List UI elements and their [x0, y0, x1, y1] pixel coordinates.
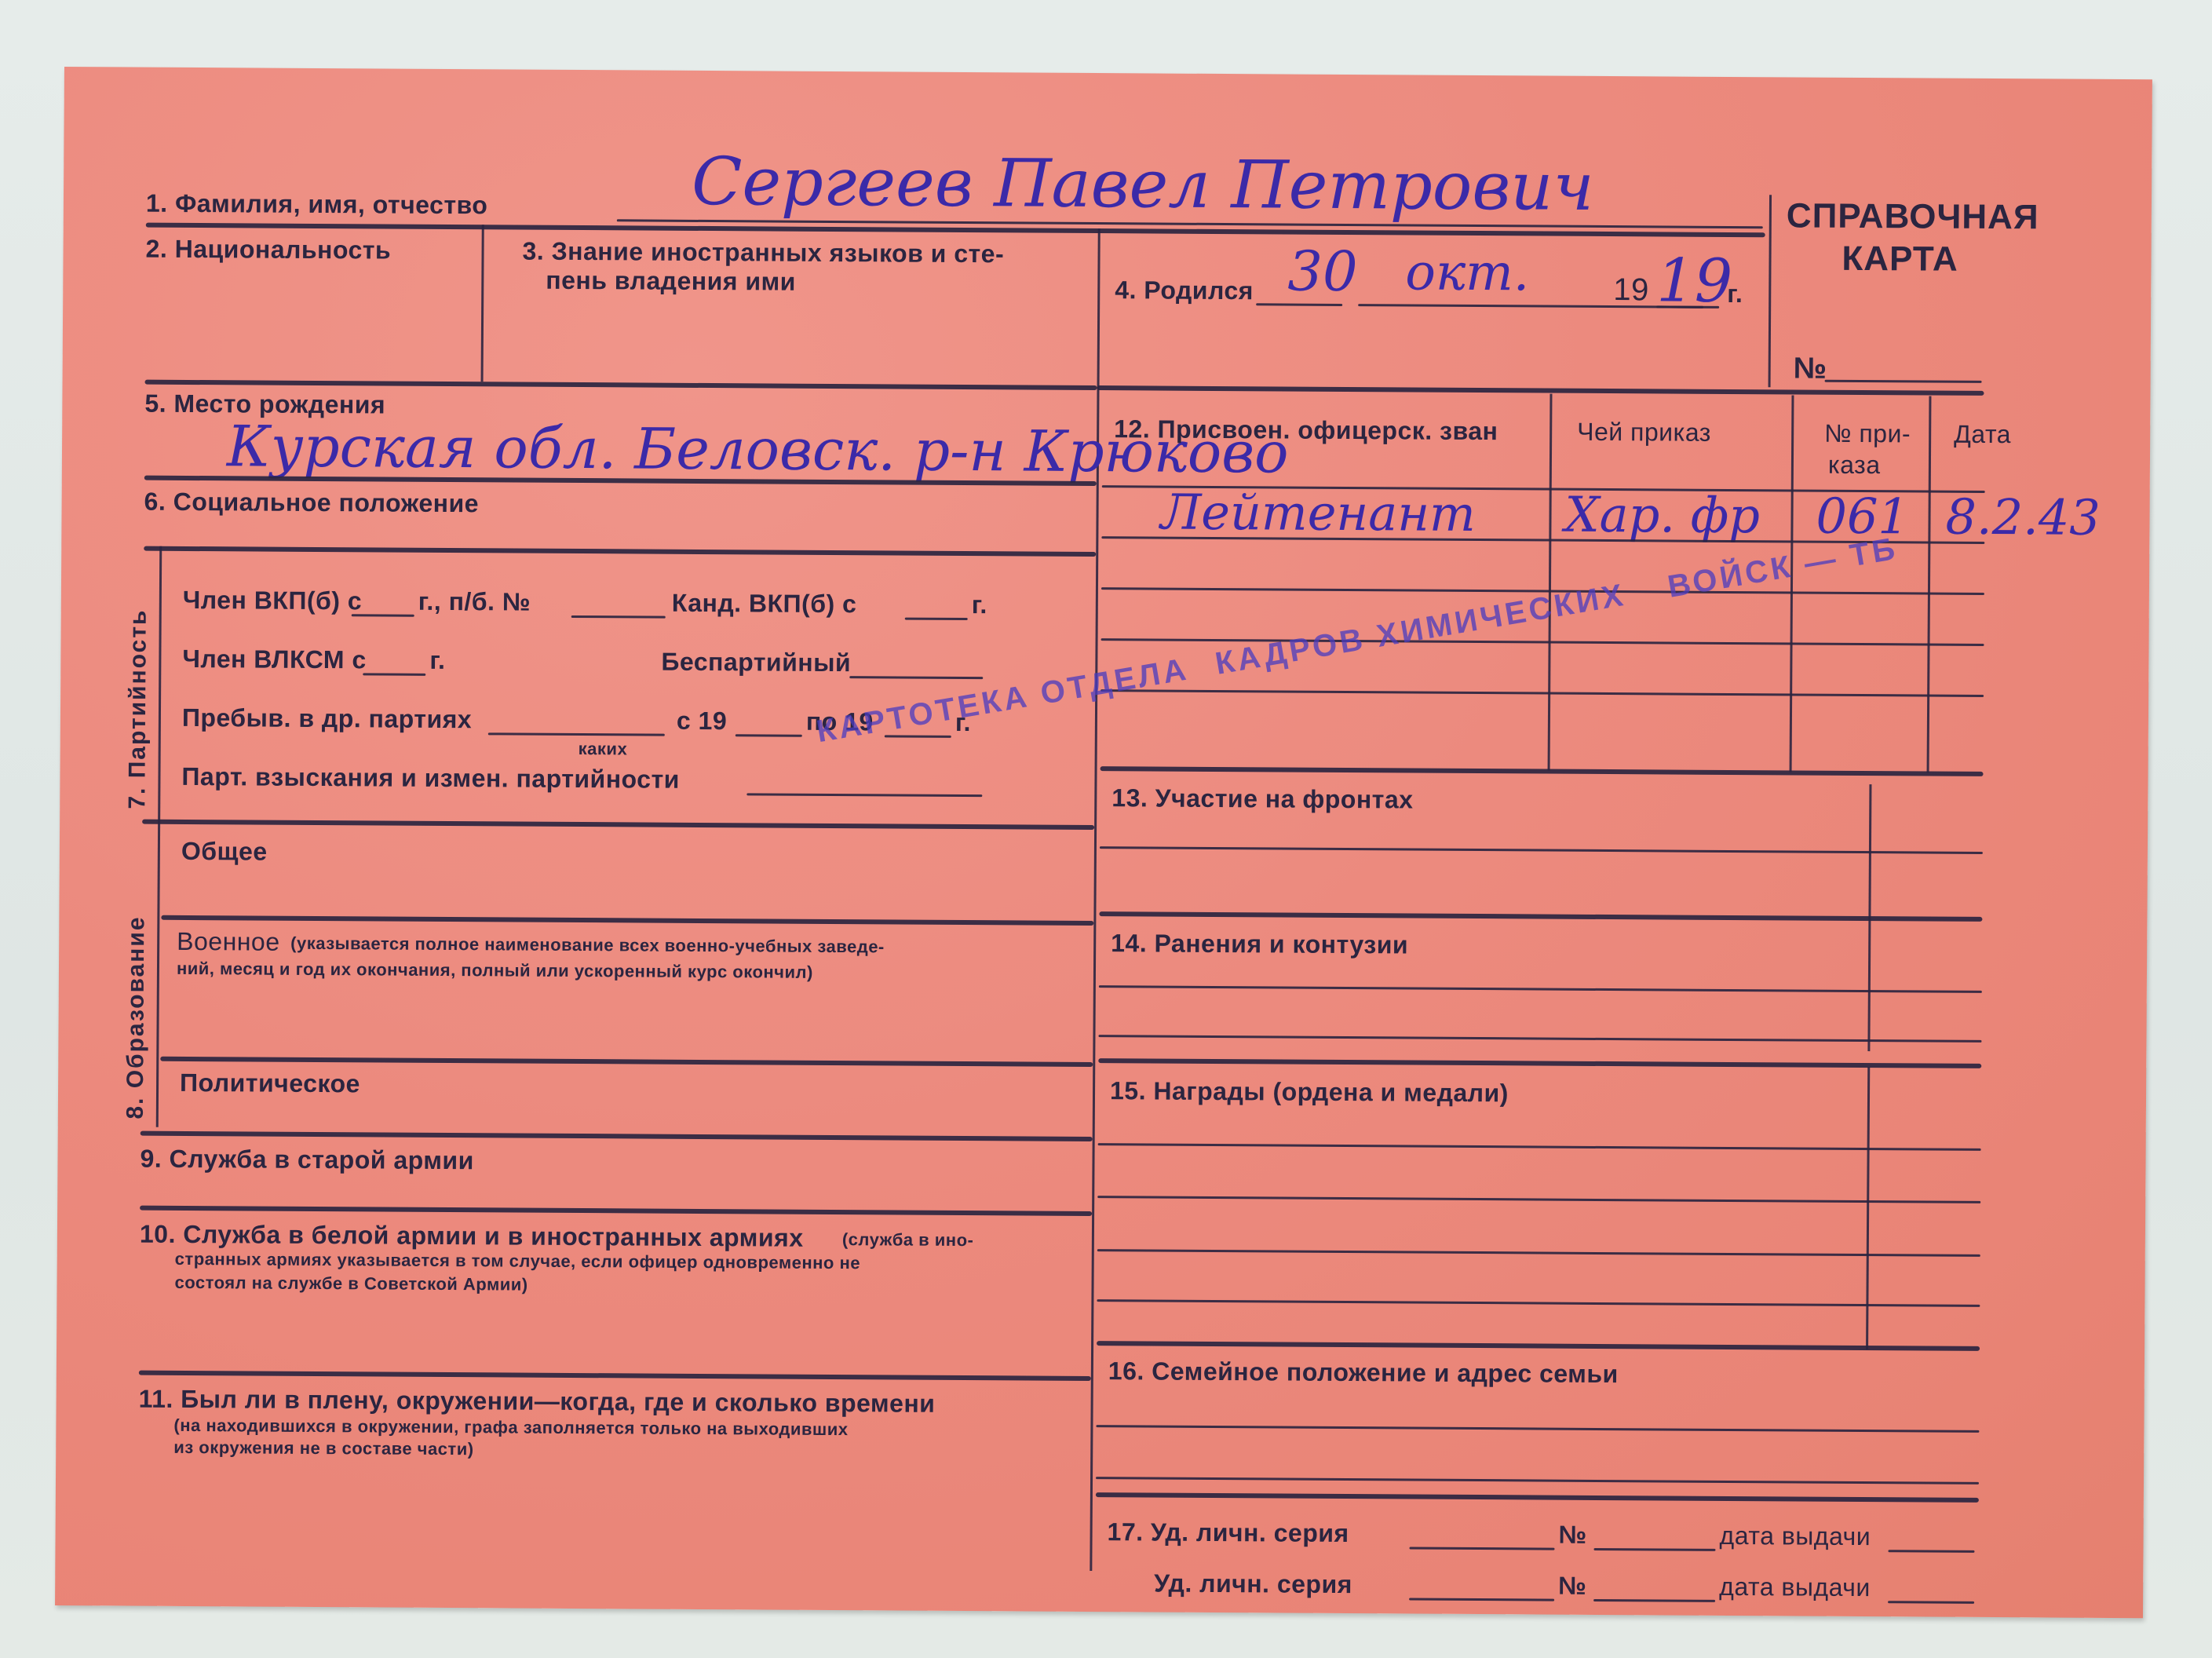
other-parties-from-label: с 19 — [677, 707, 728, 736]
field-16-label: 16. Семейное положение и адрес семьи — [1108, 1357, 1619, 1389]
komsomol-year-unit: г. — [429, 646, 445, 675]
table-12-header-date: Дата — [1954, 420, 2011, 449]
stamp-text-part-1: КАРТОТЕКА ОТДЕЛА — [814, 652, 1192, 749]
field-8-side-label: 8. Образование — [122, 915, 151, 1119]
table-12-row-1-whose-order[interactable]: Хар. фр — [1564, 486, 1760, 545]
birth-day[interactable]: 30 — [1287, 239, 1358, 305]
field-14-line-2 — [1098, 1035, 1981, 1043]
id-series-1-field[interactable] — [1409, 1547, 1554, 1550]
section-7-8-sidebar-line — [156, 546, 162, 1127]
row-divider-8 — [139, 1371, 1091, 1381]
field-15-line-1 — [1098, 1143, 1981, 1151]
field-11-label: 11. Был ли в плену, окружении—когда, где… — [139, 1385, 936, 1419]
komsomol-label: Член ВЛКСМ с — [182, 645, 367, 674]
id-number-1-field[interactable] — [1593, 1548, 1715, 1551]
birth-month-underline — [1358, 304, 1703, 309]
field-3-label-line2: пень владения ими — [546, 266, 796, 297]
table-12-header-whose-order: Чей приказ — [1577, 418, 1711, 447]
field-16-line-1 — [1096, 1425, 1979, 1433]
field-17-row-1-label: 17. Уд. личн. серия — [1108, 1517, 1349, 1548]
id-issue-date-1-field[interactable] — [1888, 1550, 1974, 1553]
education-military-note-1: (указывается полное наименование всех во… — [290, 933, 885, 958]
party-member-year-field[interactable] — [352, 614, 414, 616]
party-penalties-field[interactable] — [746, 793, 982, 797]
row-divider-2-left — [145, 380, 1097, 390]
birth-month[interactable]: окт. — [1405, 243, 1529, 302]
archive-stamp: КАРТОТЕКА ОТДЕЛА КАДРОВ ХИМИЧЕСКИХ ВОЙСК… — [814, 531, 1900, 750]
row-divider-6 — [141, 1131, 1093, 1141]
field-10-note-2: странных армиях указывается в том случае… — [175, 1249, 860, 1273]
table-12-header-order-no-2: каза — [1828, 451, 1881, 480]
id-number-2-field[interactable] — [1593, 1599, 1715, 1602]
field-2-3-divider — [481, 225, 484, 382]
education-military-note-2: ний, месяц и год их окончания, полный ил… — [177, 959, 813, 983]
field-14-label: 14. Ранения и контузии — [1111, 929, 1408, 959]
field-13-line-1 — [1100, 846, 1983, 854]
education-military-label: Военное — [177, 927, 280, 957]
field-13-label: 13. Участие на фронтах — [1111, 783, 1413, 814]
party-candidate-year-field[interactable] — [905, 618, 968, 620]
field-11-note-1: (на находившихся в окружении, графа запо… — [173, 1415, 848, 1440]
table-12-col-divider-1 — [1548, 394, 1553, 771]
row-divider-7 — [140, 1206, 1092, 1216]
other-parties-from-field[interactable] — [736, 734, 802, 737]
party-penalties-label: Парт. взыскания и измен. партийности — [181, 762, 680, 794]
row-divider-r2 — [1098, 1058, 1981, 1068]
field-15-divider — [1866, 1067, 1870, 1349]
birth-day-underline — [1256, 303, 1342, 306]
table-12-row-1-rank[interactable]: Лейтенант — [1160, 484, 1476, 542]
table-12-row-line-4 — [1101, 689, 1984, 697]
field-1-label: 1. Фамилия, имя, отчество — [146, 189, 488, 221]
title-box-divider — [1769, 195, 1772, 387]
party-candidate-label: Канд. ВКП(б) с — [672, 589, 857, 619]
field-15-line-2 — [1097, 1196, 1980, 1203]
other-parties-field[interactable] — [488, 732, 665, 736]
birth-year-underline — [1656, 305, 1719, 308]
education-general-label: Общее — [181, 837, 268, 867]
table-12-col-divider-3 — [1927, 396, 1932, 773]
card-title-line1: СПРАВОЧНАЯ — [1787, 195, 2014, 239]
row-divider-r4 — [1096, 1492, 1979, 1503]
id-issue-date-2-label: дата выдачи — [1719, 1572, 1871, 1602]
row-divider-2-right — [1097, 385, 1984, 396]
komsomol-year-field[interactable] — [363, 673, 425, 675]
field-4-label: 4. Родился — [1115, 276, 1254, 305]
field-6-label: 6. Социальное положение — [144, 488, 480, 519]
field-9-label: 9. Служба в старой армии — [140, 1145, 474, 1176]
field-7-side-label: 7. Партийность — [124, 609, 152, 809]
education-divider-2 — [160, 1057, 1093, 1067]
birth-year-prefix: 19 — [1613, 272, 1649, 308]
row-divider-r3 — [1097, 1341, 1980, 1351]
field-15-line-3 — [1097, 1249, 1980, 1257]
stamp-text-part-2: КАДРОВ ХИМИЧЕСКИХ — [1213, 578, 1628, 681]
party-candidate-year-unit: г. — [972, 590, 987, 619]
other-parties-sublabel: каких — [579, 739, 628, 759]
party-member-label: Член ВКП(б) с — [183, 586, 363, 615]
card-number-field[interactable] — [1825, 380, 1982, 383]
card-number-label: № — [1794, 352, 1827, 385]
field-10-note-3: состоял на службе в Советской Армии) — [174, 1273, 527, 1295]
id-issue-date-1-label: дата выдачи — [1719, 1521, 1871, 1551]
field-15-label: 15. Награды (ордена и медали) — [1110, 1076, 1509, 1108]
field-15-line-4 — [1097, 1299, 1980, 1307]
field-1-value[interactable]: Сергеев Павел Петрович — [692, 143, 1594, 225]
other-parties-label: Пребыв. в др. партиях — [182, 703, 472, 734]
party-card-number-field[interactable] — [571, 615, 666, 619]
education-divider-1 — [161, 915, 1093, 926]
id-issue-date-2-field[interactable] — [1888, 1601, 1974, 1604]
field-2-label: 2. Национальность — [145, 235, 391, 265]
table-12-bottom — [1101, 766, 1984, 776]
field-10-note-1: (служба в ино- — [842, 1229, 974, 1251]
party-card-label: г., п/б. № — [418, 587, 531, 617]
card-title-line2: КАРТА — [1786, 237, 2013, 281]
id-number-2-label: № — [1558, 1572, 1586, 1601]
table-12-header-rank: 12. Присвоен. офицерск. зван — [1114, 414, 1498, 446]
id-number-1-label: № — [1558, 1521, 1586, 1550]
card-title: СПРАВОЧНАЯ КАРТА — [1786, 195, 2014, 281]
birth-year-unit: г. — [1727, 279, 1743, 309]
field-14-divider — [1867, 918, 1871, 1051]
row-divider-5 — [142, 820, 1094, 830]
table-12-row-1-date[interactable]: 8.2.43 — [1945, 488, 2101, 546]
field-3-label-line1: 3. Знание иностранных языков и сте- — [522, 237, 1004, 269]
field-10-label: 10. Служба в белой армии и в иностранных… — [140, 1220, 804, 1253]
field-11-note-2: из окружения не в составе части) — [173, 1437, 473, 1459]
field-16-line-2 — [1096, 1477, 1979, 1485]
field-17-row-2-label: Уд. личн. серия — [1154, 1569, 1352, 1600]
reference-card: СПРАВОЧНАЯ КАРТА № 1. Фамилия, имя, отче… — [55, 67, 2152, 1618]
row-divider-4 — [144, 546, 1096, 557]
table-12-header-order-no-1: № при- — [1824, 419, 1911, 449]
id-series-2-field[interactable] — [1409, 1598, 1554, 1601]
non-party-label: Беспартийный — [661, 648, 851, 677]
row-divider-r1 — [1099, 911, 1982, 922]
education-political-label: Политическое — [180, 1068, 360, 1098]
non-party-field[interactable] — [849, 676, 983, 679]
field-14-line-1 — [1099, 985, 1982, 993]
